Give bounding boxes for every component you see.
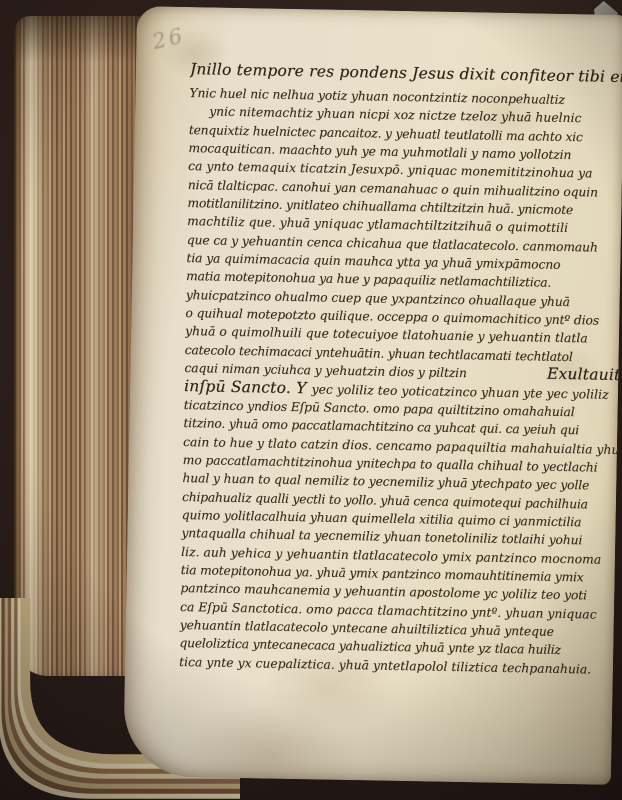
manuscript-segment: Y	[296, 379, 312, 397]
manuscript-segment: inſpū Sancto.	[184, 376, 296, 396]
manuscript-text: Jnillo tempore res pondens Jesus dixit c…	[179, 57, 622, 678]
manuscript-segment: Jnillo tempore res pondens Jesus dixit c…	[190, 60, 622, 86]
pencil-folio-note: 26	[150, 23, 187, 54]
manuscript-page: 26 Jnillo tempore res pondens Jesus dixi…	[123, 6, 622, 785]
manuscript-segment: Exultauit	[547, 365, 621, 384]
manuscript-segment: tica ynte yx cuepaliztica. yhuā yntetlap…	[179, 655, 591, 677]
manuscript-photo: 26 Jnillo tempore res pondens Jesus dixi…	[0, 0, 622, 800]
book-fore-edge	[14, 16, 140, 676]
